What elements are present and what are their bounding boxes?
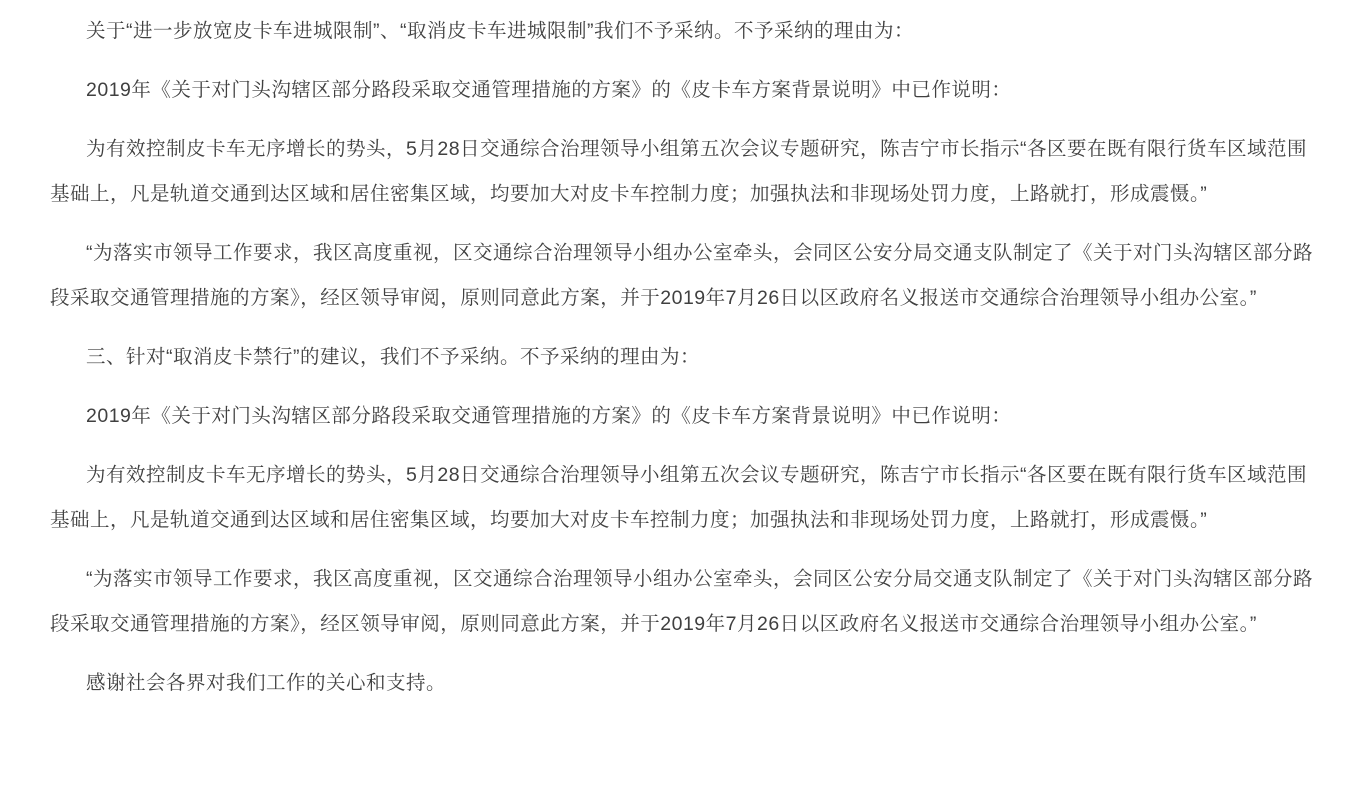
paragraph-district-plan-quote: “为落实市领导工作要求，我区高度重视，区交通综合治理领导小组办公室牵头，会同区公…: [50, 231, 1316, 321]
paragraph-mayor-directive-quote: 为有效控制皮卡车无序增长的势头，5月28日交通综合治理领导小组第五次会议专题研究…: [50, 127, 1316, 217]
paragraph-2019-plan-reference: 2019年《关于对门头沟辖区部分路段采取交通管理措施的方案》的《皮卡车方案背景说…: [50, 68, 1316, 113]
paragraph-mayor-directive-quote-repeat: 为有效控制皮卡车无序增长的势头，5月28日交通综合治理领导小组第五次会议专题研究…: [50, 453, 1316, 543]
paragraph-thanks-closing: 感谢社会各界对我们工作的关心和支持。: [50, 661, 1316, 706]
paragraph-item-three-heading: 三、针对“取消皮卡禁行”的建议，我们不予采纳。不予采纳的理由为：: [50, 335, 1316, 380]
paragraph-2019-plan-reference-repeat: 2019年《关于对门头沟辖区部分路段采取交通管理措施的方案》的《皮卡车方案背景说…: [50, 394, 1316, 439]
document-page: 关于“进一步放宽皮卡车进城限制”、“取消皮卡车进城限制”我们不予采纳。不予采纳的…: [0, 0, 1372, 812]
paragraph-district-plan-quote-repeat: “为落实市领导工作要求，我区高度重视，区交通综合治理领导小组办公室牵头，会同区公…: [50, 557, 1316, 647]
paragraph-reject-reason-intro: 关于“进一步放宽皮卡车进城限制”、“取消皮卡车进城限制”我们不予采纳。不予采纳的…: [50, 9, 1316, 54]
